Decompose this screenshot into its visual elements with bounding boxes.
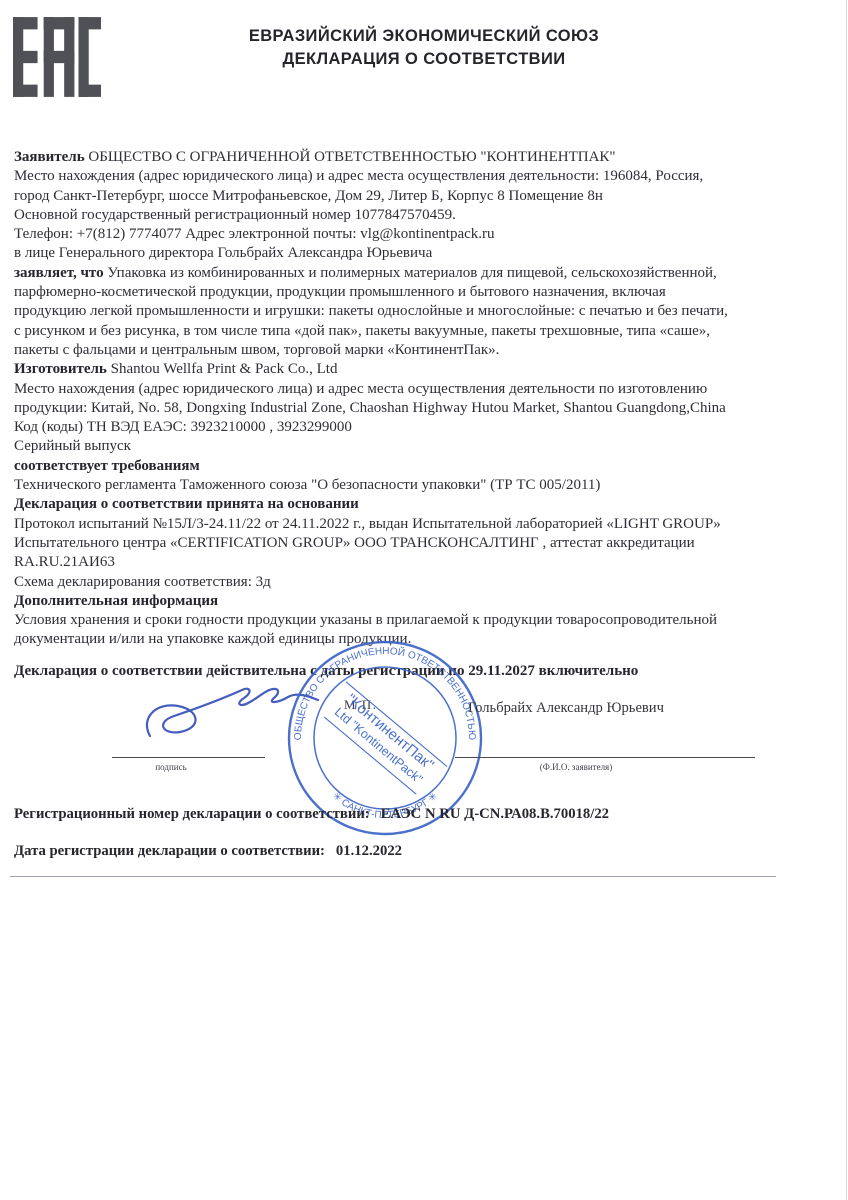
document-body: Заявитель ОБЩЕСТВО С ОГРАНИЧЕННОЙ ОТВЕТС… (14, 148, 840, 681)
document-title-line2: ДЕКЛАРАЦИЯ О СООТВЕТСТВИИ (0, 50, 848, 69)
doc-line: Технического регламента Таможенного союз… (14, 476, 840, 495)
doc-line: заявляет, что Упаковка из комбинированны… (14, 264, 840, 283)
bottom-divider (10, 876, 776, 877)
doc-line: Серийный выпуск (14, 437, 840, 456)
scan-edge-line (846, 0, 847, 1200)
doc-line: с рисунком и без рисунка, в том числе ти… (14, 322, 840, 341)
name-line-label: (Ф.И.О. заявителя) (516, 762, 636, 772)
registration-date-value: 01.12.2022 (336, 843, 402, 859)
doc-line: продукции: Китай, No. 58, Dongxing Indus… (14, 399, 840, 418)
declaration-document: ЕВРАЗИЙСКИЙ ЭКОНОМИЧЕСКИЙ СОЮЗ ДЕКЛАРАЦИ… (0, 0, 848, 1200)
doc-line: Изготовитель Shantou Wellfa Print & Pack… (14, 360, 840, 379)
signatory-name: Гольбрайх Александр Юрьевич (468, 700, 664, 717)
doc-line: Протокол испытаний №15Л/3-24.11/22 от 24… (14, 515, 840, 534)
doc-line: в лице Генерального директора Гольбрайх … (14, 244, 840, 263)
doc-line: пакеты с фальцами и центральным швом, то… (14, 341, 840, 360)
doc-line: Код (коды) ТН ВЭД ЕАЭС: 3923210000 , 392… (14, 418, 840, 437)
doc-line: Место нахождения (адрес юридического лиц… (14, 380, 840, 399)
doc-line: Испытательного центра «CERTIFICATION GRO… (14, 534, 840, 553)
name-line (455, 757, 755, 758)
document-title-line1: ЕВРАЗИЙСКИЙ ЭКОНОМИЧЕСКИЙ СОЮЗ (0, 27, 848, 46)
doc-line: Условия хранения и сроки годности продук… (14, 611, 840, 630)
registration-number-line: Регистрационный номер декларации о соотв… (14, 806, 609, 823)
signature-line-label: подпись (111, 762, 231, 772)
doc-line: RA.RU.21АИ63 (14, 553, 840, 572)
registration-date-line: Дата регистрации декларации о соответств… (14, 843, 402, 860)
registration-number-value: ЕАЭС N RU Д-CN.РА08.В.70018/22 (381, 806, 609, 822)
doc-line: соответствует требованиям (14, 457, 840, 476)
registration-date-label: Дата регистрации декларации о соответств… (14, 843, 325, 859)
doc-line: Дополнительная информация (14, 592, 840, 611)
doc-line: город Санкт-Петербург, шоссе Митрофаньев… (14, 187, 840, 206)
doc-line: парфюмерно-косметической продукции, прод… (14, 283, 840, 302)
registration-number-label: Регистрационный номер декларации о соотв… (14, 806, 370, 822)
doc-line: Место нахождения (адрес юридического лиц… (14, 167, 840, 186)
doc-line: Основной государственный регистрационный… (14, 206, 840, 225)
doc-line: Схема декларирования соответствия: 3д (14, 573, 840, 592)
doc-line: продукцию легкой промышленности и игрушк… (14, 302, 840, 321)
signature-line (112, 757, 265, 758)
doc-line: Телефон: +7(812) 7774077 Адрес электронн… (14, 225, 840, 244)
doc-line: Заявитель ОБЩЕСТВО С ОГРАНИЧЕННОЙ ОТВЕТС… (14, 148, 840, 167)
doc-line: Декларация о соответствии принята на осн… (14, 495, 840, 514)
